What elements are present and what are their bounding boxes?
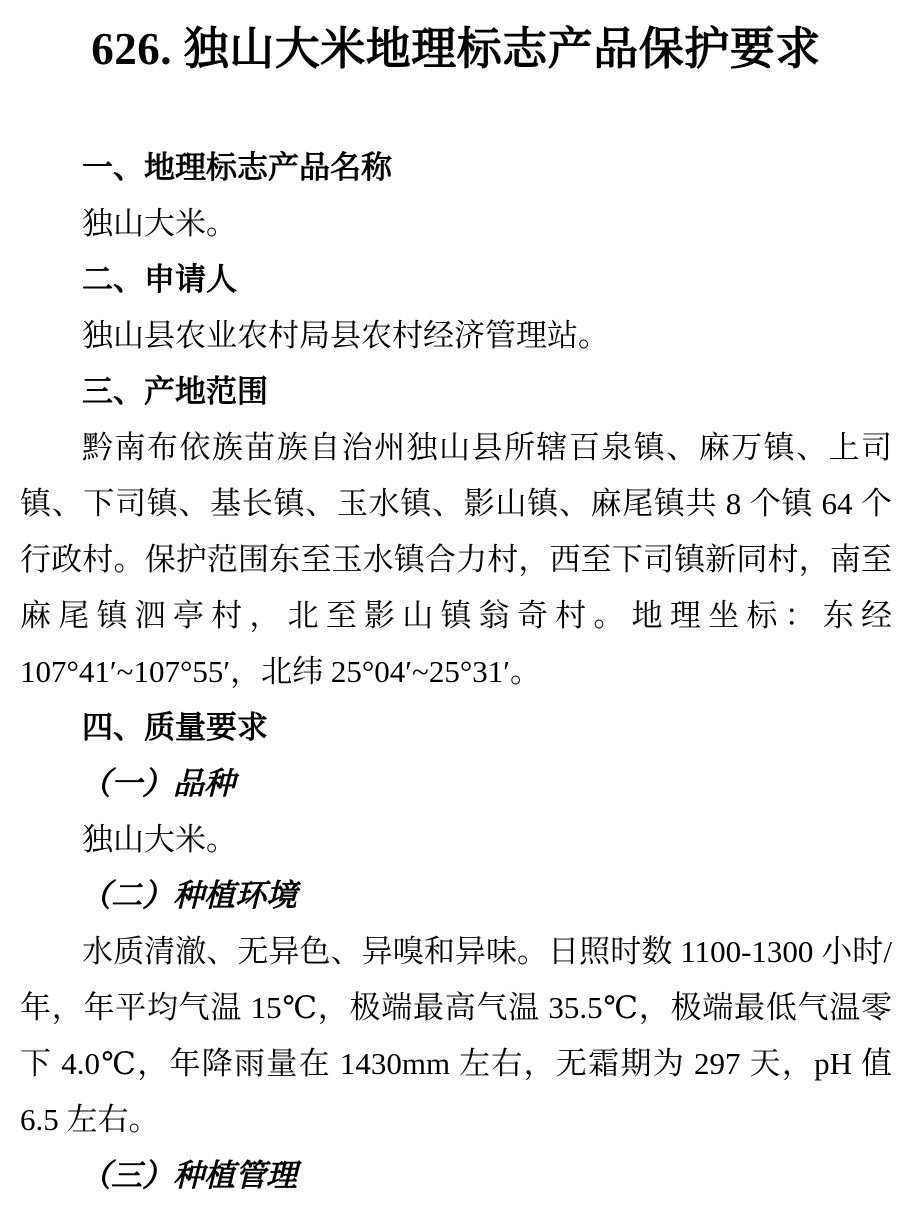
subsection-heading-planting-management: （三）种植管理 bbox=[20, 1148, 892, 1204]
document-title: 626. 独山大米地理标志产品保护要求 bbox=[20, 18, 892, 80]
section-heading-quality-requirements: 四、质量要求 bbox=[20, 700, 892, 756]
section-heading-product-name: 一、地理标志产品名称 bbox=[20, 140, 892, 196]
paragraph-planting-environment: 水质清澈、无异色、异嗅和异味。日照时数 1100-1300 小时/年，年平均气温… bbox=[20, 924, 892, 1148]
section-heading-production-area: 三、产地范围 bbox=[20, 364, 892, 420]
subsection-heading-planting-environment: （二）种植环境 bbox=[20, 868, 892, 924]
document-page: 626. 独山大米地理标志产品保护要求 一、地理标志产品名称 独山大米。 二、申… bbox=[0, 0, 912, 1209]
paragraph-production-area: 黔南布依族苗族自治州独山县所辖百泉镇、麻万镇、上司镇、下司镇、基长镇、玉水镇、影… bbox=[20, 420, 892, 700]
paragraph-product-name: 独山大米。 bbox=[20, 196, 892, 252]
section-heading-applicant: 二、申请人 bbox=[20, 252, 892, 308]
subsection-heading-variety: （一）品种 bbox=[20, 756, 892, 812]
paragraph-variety: 独山大米。 bbox=[20, 812, 892, 868]
paragraph-applicant: 独山县农业农村局县农村经济管理站。 bbox=[20, 308, 892, 364]
